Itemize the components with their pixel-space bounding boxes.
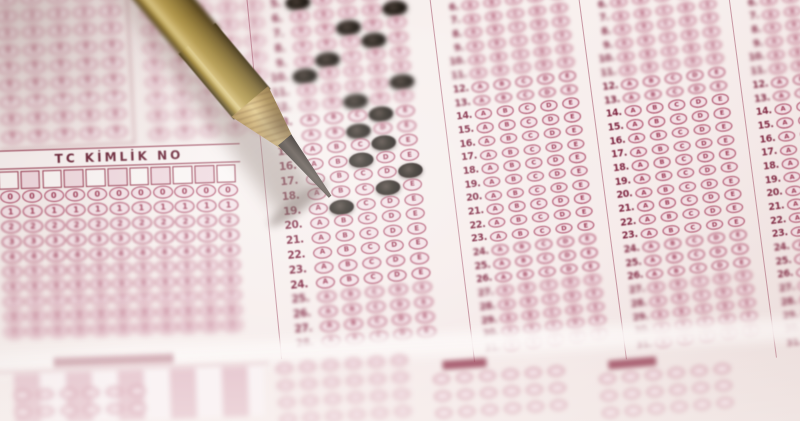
choice-bubble: A xyxy=(499,312,517,324)
choice-bubble: A xyxy=(317,290,337,304)
choice-bubble: D xyxy=(689,96,707,109)
question-number: 10. xyxy=(744,51,765,65)
choice-bubble: A xyxy=(613,23,631,36)
digit-bubble: 2 xyxy=(45,219,65,233)
choice-bubble: A xyxy=(629,145,647,158)
answer-sheet-photo: 1111122222333334444455555666667777788888… xyxy=(0,0,800,421)
digit-bubble: 8 xyxy=(4,310,24,324)
choice-bubble: E xyxy=(717,134,735,147)
digit-bubble: 8 xyxy=(173,107,195,121)
choice-bubble xyxy=(61,405,77,416)
choice-bubble: B xyxy=(653,156,671,169)
choice-bubble: D xyxy=(530,18,548,30)
choice-bubble: E xyxy=(553,29,571,41)
digit-bubble: 5 xyxy=(90,262,110,276)
choice-bubble: C xyxy=(673,140,691,153)
choice-bubble: E xyxy=(570,165,588,177)
choice-bubble: E xyxy=(558,70,576,82)
choice-bubble: D xyxy=(679,15,697,28)
choice-bubble: E xyxy=(565,124,583,136)
digit-bubble: 1 xyxy=(66,203,86,217)
choice-bubble: E xyxy=(391,60,411,74)
choice-bubble: E xyxy=(733,256,751,269)
digit-bubble: 9 xyxy=(222,318,242,332)
question-number: 21. xyxy=(614,202,635,216)
choice-bubble: C xyxy=(510,34,528,46)
choice-bubble: A xyxy=(314,260,334,274)
choice-bubble: B xyxy=(639,48,657,61)
choice-bubble: A xyxy=(478,135,496,147)
choice-bubble: D xyxy=(383,224,403,238)
choice-bubble: A xyxy=(620,78,638,91)
digit-bubble: 1 xyxy=(20,0,43,5)
choice-bubble: A xyxy=(774,103,792,116)
choice-bubble: B xyxy=(516,268,534,280)
choice-bubble: C xyxy=(343,64,363,78)
choice-bubble: B xyxy=(324,111,344,125)
choice-bubble: A xyxy=(617,50,635,63)
choice-bubble: A xyxy=(483,176,501,188)
choice-bubble: D xyxy=(706,218,724,231)
digit-bubble: 2 xyxy=(132,216,152,230)
choice-bubble xyxy=(669,384,686,395)
choice-bubble xyxy=(38,406,54,417)
choice-bubble: C xyxy=(362,256,382,270)
choice-bubble: C xyxy=(684,221,702,234)
choice-bubble: D xyxy=(695,137,713,150)
digit-bubble: 9 xyxy=(200,319,220,333)
choice-bubble: B xyxy=(671,292,689,305)
choice-bubble: C xyxy=(533,225,551,237)
choice-bubble: A xyxy=(765,35,783,48)
digit-bubble: 0 xyxy=(22,189,42,203)
choice-bubble xyxy=(694,399,711,410)
choice-bubble: E xyxy=(415,310,435,324)
choice-bubble: C xyxy=(535,238,553,250)
choice-bubble: E xyxy=(724,188,742,201)
digit-bubble: 5 xyxy=(0,61,20,75)
digit-bubble: 6 xyxy=(0,78,21,92)
choice-bubble: D xyxy=(370,91,390,105)
choice-bubble: E xyxy=(577,219,595,231)
digit-bubble: 4 xyxy=(89,247,109,261)
digit-bubble: 8 xyxy=(113,307,133,321)
digit-bubble: 0 xyxy=(131,186,151,200)
digit-bubble: 8 xyxy=(178,305,198,319)
choice-bubble: C xyxy=(687,248,705,261)
choice-bubble: A xyxy=(493,257,511,269)
question-number: 22. xyxy=(279,248,306,262)
choice-bubble xyxy=(648,403,665,414)
choice-bubble: C xyxy=(513,62,531,74)
choice-bubble: D xyxy=(367,62,387,76)
digit-bubble: 5 xyxy=(76,57,99,71)
digit-bubble: 1 xyxy=(22,204,42,218)
digit-bubble: 9 xyxy=(26,324,46,338)
question-number: 25. xyxy=(283,292,310,306)
choice-bubble xyxy=(645,369,662,380)
question-number: 23. xyxy=(617,229,638,243)
digit-bubble: 2 xyxy=(73,6,96,20)
choice-bubble: A xyxy=(489,230,507,242)
choice-bubble xyxy=(15,406,31,417)
handwriting-box xyxy=(64,169,84,188)
digit-bubble: 7 xyxy=(134,291,154,305)
choice-bubble: B xyxy=(513,241,531,253)
choice-bubble xyxy=(692,382,709,393)
choice-bubble: A xyxy=(315,275,335,289)
choice-bubble: A xyxy=(615,37,633,50)
choice-bubble: D xyxy=(697,150,715,163)
digit-bubble: 4 xyxy=(67,248,87,262)
choice-bubble: C xyxy=(356,197,376,211)
choice-bubble: B xyxy=(506,187,524,199)
digit-bubble: 1 xyxy=(131,201,151,215)
digit-bubble: 3 xyxy=(1,235,21,249)
question-number: 24. xyxy=(619,243,640,257)
question-number: 28. xyxy=(626,297,647,311)
question-number: 6. xyxy=(438,1,459,14)
choice-bubble: A xyxy=(473,94,491,106)
question-number: 16. xyxy=(605,134,626,148)
choice-bubble: B xyxy=(344,317,364,331)
choice-bubble: C xyxy=(530,197,548,209)
choice-bubble: C xyxy=(338,5,358,19)
choice-bubble: B xyxy=(660,210,678,223)
choice-bubble: D xyxy=(565,303,583,315)
choice-bubble: B xyxy=(485,10,503,22)
choice-bubble: E xyxy=(400,148,420,162)
digit-bubble: 8 xyxy=(91,307,111,321)
choice-bubble: D xyxy=(542,113,560,125)
choice-bubble: E xyxy=(734,270,752,283)
choice-bubble: D xyxy=(704,205,722,218)
choice-bubble: D xyxy=(550,181,568,193)
digit-bubble: 2 xyxy=(99,4,122,18)
question-number: 14. xyxy=(751,105,772,119)
digit-bubble: 4 xyxy=(45,249,65,263)
question-number: 26. xyxy=(773,268,794,282)
choice-bubble: D xyxy=(686,69,704,82)
choice-bubble: E xyxy=(411,266,431,280)
choice-bubble: A xyxy=(628,132,646,145)
question-number: 25. xyxy=(470,259,491,272)
digit-bubble: 1 xyxy=(175,200,195,214)
bottom-question-rows xyxy=(272,351,426,421)
choice-bubble: A xyxy=(463,13,481,25)
choice-bubble: A xyxy=(795,266,800,279)
choice-bubble: D xyxy=(558,249,576,261)
question-number: 6. xyxy=(256,13,283,27)
choice-bubble: E xyxy=(394,89,414,103)
digit-bubble: 5 xyxy=(2,265,22,279)
question-number: 25. xyxy=(621,256,642,270)
choice-bubble: C xyxy=(682,208,700,221)
choice-bubble xyxy=(346,375,363,386)
question-number: 14. xyxy=(452,110,473,123)
digit-bubble: 9 xyxy=(148,126,170,140)
choice-bubble: E xyxy=(578,233,596,245)
choice-bubble: B xyxy=(644,88,662,101)
choice-bubble: A xyxy=(481,162,499,174)
choice-bubble: E xyxy=(397,119,417,133)
digit-bubble: 1 xyxy=(109,202,129,216)
digit-bubble: 6 xyxy=(145,75,167,89)
digit-bubble: 5 xyxy=(220,258,240,272)
choice-bubble: B xyxy=(790,59,800,72)
choice-bubble: D xyxy=(376,150,396,164)
choice-bubble: E xyxy=(699,0,717,11)
choice-bubble: A xyxy=(794,252,800,265)
choice-bubble: C xyxy=(668,99,686,112)
handwriting-box xyxy=(194,165,214,184)
choice-bubble: D xyxy=(709,245,727,258)
digit-bubble: 1 xyxy=(153,200,173,214)
choice-bubble: D xyxy=(711,259,729,272)
digit-bubble: 8 xyxy=(134,306,154,320)
choice-bubble: D xyxy=(377,165,397,179)
digit-bubble: 6 xyxy=(76,74,99,88)
digit-bubble: 4 xyxy=(111,247,131,261)
choice-bubble: C xyxy=(666,85,684,98)
question-number: 8. xyxy=(740,24,761,38)
choice-bubble: B xyxy=(334,214,354,228)
question-number: 23. xyxy=(767,227,788,241)
digit-bubble: 4 xyxy=(23,43,46,57)
question-number: 18. xyxy=(608,161,629,175)
question-number: 22. xyxy=(765,214,786,228)
digit-bubble: 7 xyxy=(103,90,126,104)
question-number: 27. xyxy=(774,282,795,296)
choice-bubble: D xyxy=(680,28,698,41)
choice-bubble: D xyxy=(543,127,561,139)
digit-bubble: 9 xyxy=(27,128,50,142)
handwriting-box xyxy=(20,170,40,189)
question-number: 18. xyxy=(758,160,779,174)
digit-bubble: 7 xyxy=(3,295,23,309)
choice-bubble: B xyxy=(662,224,680,237)
digit-bubble: 3 xyxy=(110,232,130,246)
choice-bubble: A xyxy=(644,254,662,267)
choice-bubble: D xyxy=(553,208,571,220)
choice-bubble: D xyxy=(702,191,720,204)
choice-bubble: E xyxy=(414,295,434,309)
choice-bubble xyxy=(37,389,53,400)
choice-bubble: A xyxy=(479,148,497,160)
choice-bubble: A xyxy=(622,91,640,104)
digit-bubble: 4 xyxy=(101,39,124,53)
question-number: 26. xyxy=(623,270,644,284)
choice-bubble xyxy=(691,365,708,376)
barcode-mark xyxy=(55,354,175,367)
choice-bubble: C xyxy=(350,138,370,152)
choice-bubble xyxy=(130,402,146,413)
choice-bubble xyxy=(323,376,340,387)
digit-bubble: 8 xyxy=(104,107,127,121)
choice-bubble: B xyxy=(508,200,526,212)
digit-bubble: 4 xyxy=(2,250,22,264)
choice-bubble: D xyxy=(537,73,555,85)
choice-bubble: B xyxy=(341,288,361,302)
choice-bubble xyxy=(456,371,473,382)
digit-bubble: 6 xyxy=(50,76,73,90)
choice-bubble: E xyxy=(402,178,422,192)
handwriting-box xyxy=(151,166,171,185)
handwriting-box xyxy=(107,168,127,187)
choice-bubble: E xyxy=(395,104,415,118)
choice-bubble: B xyxy=(633,7,651,20)
choice-bubble xyxy=(601,390,618,401)
digit-bubble: 7 xyxy=(178,290,198,304)
choice-bubble: C xyxy=(540,279,558,291)
choice-bubble: B xyxy=(319,67,339,81)
question-number: 21. xyxy=(463,205,484,218)
choice-bubble: A xyxy=(638,213,656,226)
choice-bubble: D xyxy=(387,268,407,282)
choice-bubble: E xyxy=(412,281,432,295)
digit-bubble: 6 xyxy=(199,274,219,288)
digit-bubble: 2 xyxy=(216,1,238,15)
choice-bubble: B xyxy=(640,61,658,74)
choice-bubble: A xyxy=(640,227,658,240)
choice-bubble: C xyxy=(671,126,689,139)
choice-bubble: B xyxy=(495,91,513,103)
digit-bubble: 7 xyxy=(77,91,100,105)
choice-bubble: D xyxy=(560,263,578,275)
choice-bubble: B xyxy=(500,132,518,144)
digit-grid-top-left: 1111122222333334444455555666667777788888… xyxy=(0,0,135,150)
digit-bubble: 3 xyxy=(48,24,71,38)
digit-bubble: 7 xyxy=(0,95,22,109)
choice-bubble: D xyxy=(688,83,706,96)
digit-bubble: 7 xyxy=(25,94,48,108)
choice-bubble: C xyxy=(659,31,677,44)
digit-bubble: 4 xyxy=(0,44,19,58)
choice-bubble: A xyxy=(637,200,655,213)
digit-bubble: 2 xyxy=(1,220,21,234)
choice-bubble: B xyxy=(317,37,337,51)
choice-bubble: A xyxy=(469,67,487,79)
choice-bubble: C xyxy=(340,35,360,49)
choice-bubble xyxy=(717,397,734,408)
choice-bubble: B xyxy=(327,140,347,154)
digit-bubble: 8 xyxy=(69,308,89,322)
choice-bubble: B xyxy=(642,75,660,88)
choice-bubble xyxy=(433,373,450,384)
choice-bubble: A xyxy=(776,117,794,130)
digit-bubble: 2 xyxy=(219,213,239,227)
section-title-mark xyxy=(442,358,487,370)
choice-bubble: B xyxy=(314,8,334,22)
choice-bubble: A xyxy=(488,216,506,228)
choice-bubble: A xyxy=(298,98,318,112)
question-number: 19. xyxy=(760,173,781,187)
digit-bubble: 5 xyxy=(24,60,47,74)
choice-bubble: E xyxy=(572,179,590,191)
choice-bubble: E xyxy=(568,151,586,163)
choice-bubble: D xyxy=(373,121,393,135)
digit-bubble: 2 xyxy=(23,219,43,233)
bottom-section-block xyxy=(428,348,602,419)
choice-bubble: A xyxy=(779,144,797,157)
choice-bubble: A xyxy=(494,271,512,283)
question-number: 7. xyxy=(257,27,284,41)
choice-bubble xyxy=(599,373,616,384)
question-number: 7. xyxy=(440,15,461,28)
question-number: 26. xyxy=(284,307,311,321)
digit-bubble: 5 xyxy=(24,264,44,278)
choice-bubble xyxy=(299,361,316,372)
digit-bubble: 6 xyxy=(25,279,45,293)
choice-bubble xyxy=(276,362,293,373)
question-number: 22. xyxy=(465,219,486,232)
choice-bubble: D xyxy=(381,209,401,223)
choice-bubble: D xyxy=(555,222,573,234)
choice-bubble xyxy=(14,389,30,400)
choice-bubble: C xyxy=(689,262,707,275)
digit-bubble: 0 xyxy=(87,187,107,201)
choice-bubble xyxy=(549,382,566,393)
question-number: 24. xyxy=(282,278,309,292)
choice-bubble xyxy=(60,388,76,399)
choice-bubble: D xyxy=(390,298,410,312)
choice-bubble: A xyxy=(769,62,787,75)
digit-bubble: 5 xyxy=(198,259,218,273)
digit-bubble: 7 xyxy=(47,294,67,308)
digit-bubble: 8 xyxy=(0,113,23,127)
question-number: 26. xyxy=(472,273,493,286)
digit-bubble: 0 xyxy=(65,188,85,202)
digit-bubble: 1 xyxy=(0,205,20,219)
question-number: 21. xyxy=(277,234,304,248)
digit-bubble: 3 xyxy=(23,234,43,248)
choice-bubble: A xyxy=(763,22,781,35)
choice-bubble: A xyxy=(619,64,637,77)
choice-bubble: B xyxy=(321,81,341,95)
question-number: 9. xyxy=(592,39,613,53)
choice-bubble xyxy=(391,354,408,365)
choice-bubble: B xyxy=(646,102,664,115)
choice-bubble xyxy=(368,356,385,367)
question-number: 23. xyxy=(280,263,307,277)
choice-bubble: E xyxy=(587,301,605,313)
digit-bubble: 4 xyxy=(75,40,98,54)
digit-bubble: 9 xyxy=(179,320,199,334)
choice-bubble: D xyxy=(557,236,575,248)
choice-bubble: A xyxy=(783,171,800,184)
choice-bubble: B xyxy=(315,22,335,36)
choice-bubble: A xyxy=(294,54,314,68)
choice-bubble: E xyxy=(408,236,428,250)
choice-bubble: B xyxy=(785,19,800,32)
choice-bubble xyxy=(525,367,542,378)
choice-bubble: C xyxy=(367,315,387,329)
choice-bubble: E xyxy=(726,202,744,215)
choice-bubble: E xyxy=(722,175,740,188)
choice-bubble xyxy=(436,407,453,418)
choice-bubble: E xyxy=(711,93,729,106)
choice-bubble: C xyxy=(353,167,373,181)
choice-bubble: E xyxy=(582,260,600,272)
choice-bubble xyxy=(326,410,343,421)
choice-bubble: A xyxy=(770,76,788,89)
question-number: 7. xyxy=(589,12,610,26)
digit-bubble: 2 xyxy=(21,8,44,22)
choice-bubble: B xyxy=(490,51,508,63)
choice-bubble: A xyxy=(788,212,800,225)
choice-bubble: B xyxy=(511,227,529,239)
choice-bubble: E xyxy=(718,147,736,160)
